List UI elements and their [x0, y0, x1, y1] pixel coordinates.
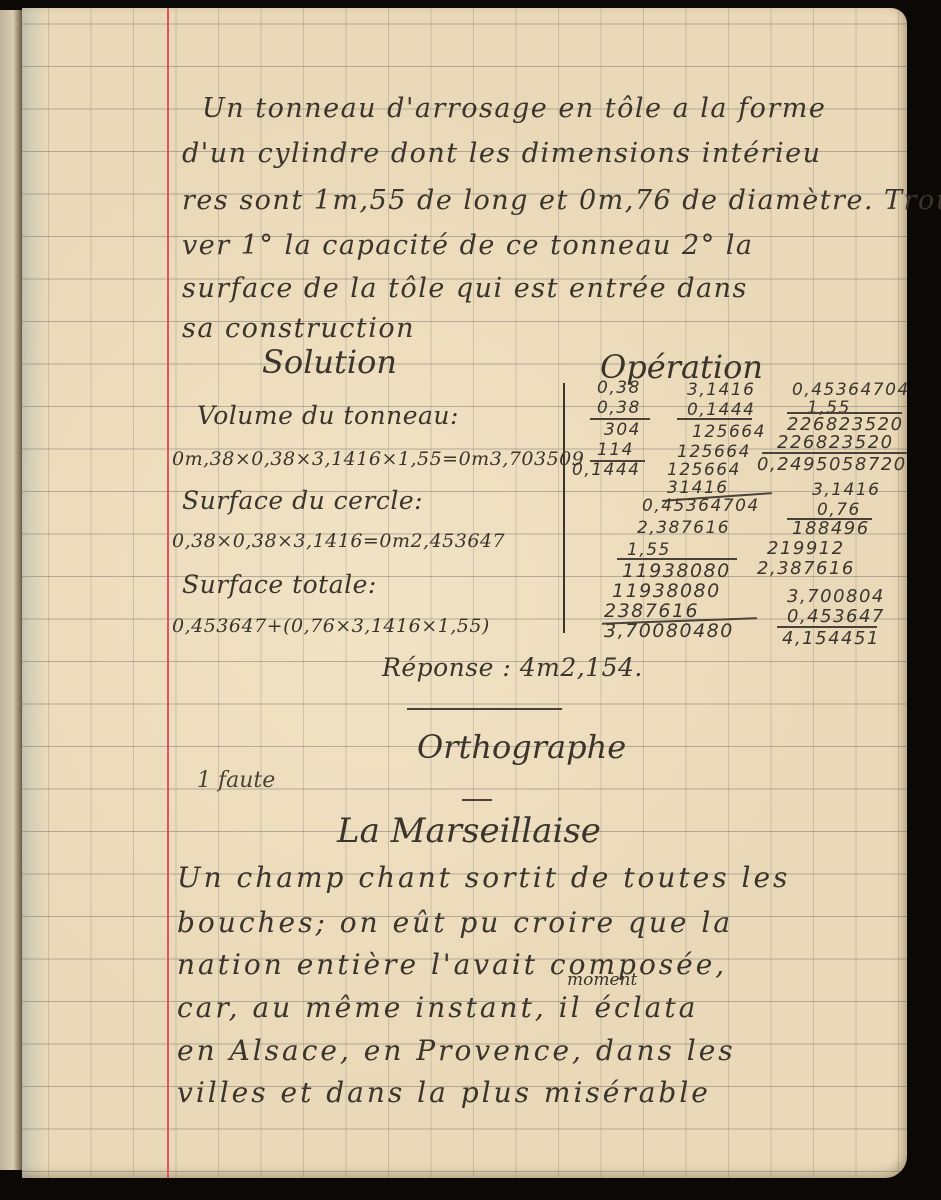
op-c2-2: 125664: [692, 422, 766, 442]
op-c2-1: 0,1444: [687, 400, 755, 420]
dictation-line-1: Un champ chant sortit de toutes les: [177, 861, 790, 894]
op-c2-0: 3,1416: [687, 380, 755, 400]
problem-line-1: Un tonneau d'arrosage en tôle a la forme: [202, 93, 826, 124]
op-c3-8: 219912: [767, 538, 845, 559]
problem-line-2: d'un cylindre dont les dimensions intéri…: [182, 138, 822, 169]
op-c3-10: 3,700804: [787, 586, 885, 607]
answer-text: Réponse : 4m2,154.: [382, 653, 643, 682]
dictation-line-6: villes et dans la plus misérable: [177, 1076, 711, 1109]
dictation-line-2: bouches; on eût pu croire que la: [177, 906, 733, 939]
op-c3-11: 0,453647: [787, 606, 885, 627]
op-c3-4: 0,2495058720: [757, 454, 907, 475]
solution-title: Solution: [262, 343, 397, 381]
section-separator: [407, 708, 562, 710]
dictation-line-3: nation entière l'avait composée,: [177, 948, 727, 981]
dictation-title: La Marseillaise: [337, 811, 601, 851]
circle-label: Surface du cercle:: [182, 486, 423, 515]
op-c3-9: 2,387616: [757, 558, 855, 579]
op-c3-6: 0,76: [817, 500, 861, 520]
op-c1-1: 0,38: [597, 398, 641, 418]
op-rule: [677, 418, 752, 420]
problem-line-6: sa construction: [182, 313, 415, 344]
dictation-line-4: car, au même instant, il éclata: [177, 991, 698, 1024]
volume-label: Volume du tonneau:: [197, 401, 459, 430]
problem-line-4: ver 1° la capacité de ce tonneau 2° la: [182, 230, 754, 261]
op-c3-12: 4,154451: [782, 628, 880, 649]
margin-line: [167, 8, 169, 1178]
column-divider: [563, 383, 565, 633]
op-c2b-4: 2387616: [604, 600, 699, 622]
correction-above: moment: [567, 970, 637, 990]
total-calc: 0,453647+(0,76×3,1416×1,55): [172, 615, 490, 637]
op-c1-3: 114: [597, 440, 634, 460]
op-c2b-3: 11938080: [612, 580, 721, 602]
volume-calc: 0m,38×0,38×3,1416×1,55=0m3,703509: [172, 448, 584, 470]
op-c3-0: 0,45364704: [792, 380, 910, 400]
orthographe-title: Orthographe: [417, 728, 626, 766]
dictation-line-5: en Alsace, en Provence, dans les: [177, 1034, 736, 1067]
op-c3-5: 3,1416: [812, 480, 880, 500]
title-dash: [462, 799, 492, 801]
op-c2b-5: 3,70080480: [604, 620, 734, 642]
problem-line-5: surface de la tôle qui est entrée dans: [182, 273, 748, 304]
op-c2b-1: 1,55: [627, 540, 671, 560]
op-c3-7: 188496: [792, 518, 870, 539]
problem-line-3: res sont 1m,55 de long et 0m,76 de diamè…: [182, 185, 941, 216]
op-c2b-2: 11938080: [622, 560, 731, 582]
total-label: Surface totale:: [182, 570, 377, 599]
grade-note: 1 faute: [197, 768, 275, 793]
op-c1-4: 0,1444: [572, 460, 640, 480]
circle-calc: 0,38×0,38×3,1416=0m2,453647: [172, 530, 505, 552]
op-c1-0: 0,38: [597, 378, 641, 398]
op-c2-3: 125664: [677, 442, 751, 462]
op-c1-2: 304: [604, 420, 641, 440]
notebook-page: Un tonneau d'arrosage en tôle a la forme…: [22, 8, 907, 1178]
notebook-spine: [0, 10, 24, 1170]
op-c3-3: 226823520: [777, 432, 894, 453]
op-c2-4: 125664: [667, 460, 741, 480]
op-c2b-0: 2,387616: [637, 518, 730, 538]
op-c2-6: 0,45364704: [642, 496, 760, 516]
